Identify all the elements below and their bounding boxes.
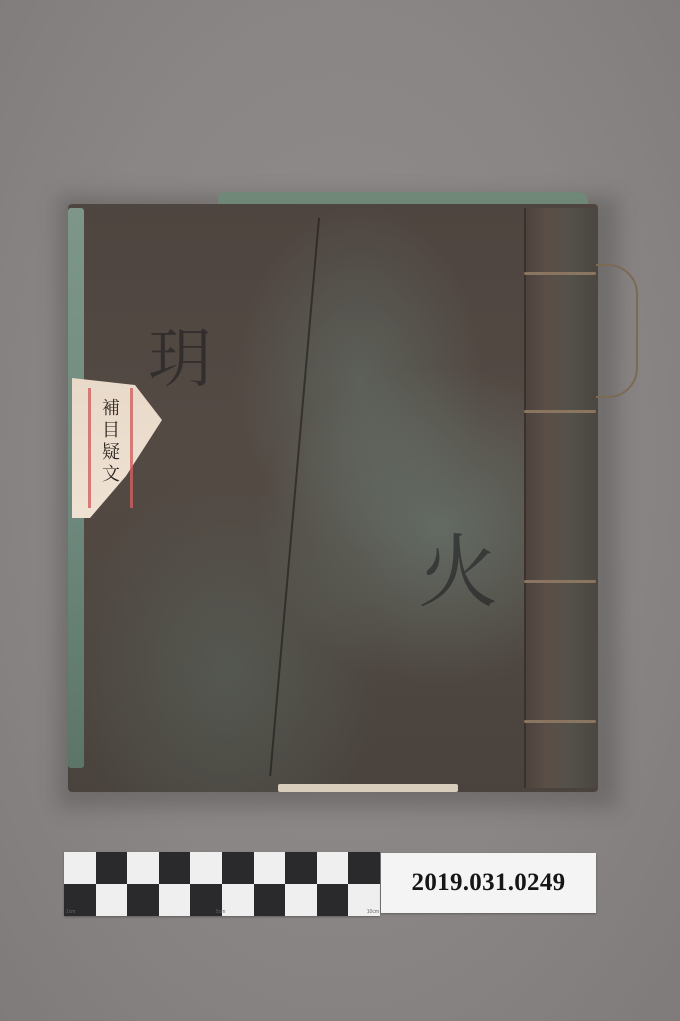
- title-slip-red-line: [130, 388, 133, 508]
- scale-cell: [348, 852, 380, 884]
- title-slip-red-line: [88, 388, 91, 508]
- scale-cell: [254, 852, 286, 884]
- scale-cell: [127, 852, 159, 884]
- scale-tick-label: 5cm: [216, 909, 225, 915]
- scale-cell: [254, 884, 286, 916]
- title-char: 目: [98, 420, 124, 442]
- binding-stitch: [524, 410, 596, 413]
- faded-ink-character: 玥: [148, 308, 212, 400]
- scale-cell: [317, 884, 349, 916]
- book-cover: [68, 204, 598, 792]
- binding-stitch: [524, 580, 596, 583]
- scale-cell: [96, 884, 128, 916]
- title-char: 文: [98, 464, 124, 486]
- book-spine: [524, 208, 598, 788]
- loose-binding-thread: [596, 264, 638, 398]
- scale-cell: [190, 852, 222, 884]
- title-slip-text: 補 目 疑 文: [98, 398, 124, 486]
- scale-cell: [96, 852, 128, 884]
- scale-cell: [285, 852, 317, 884]
- title-char: 補: [98, 398, 124, 420]
- accession-number-label: 2019.031.0249: [381, 853, 596, 913]
- scale-cell: [159, 852, 191, 884]
- scale-cell: [317, 852, 349, 884]
- antique-book: 補 目 疑 文 玥 火: [68, 198, 598, 794]
- scale-cell: 1cm: [64, 884, 96, 916]
- scale-cell: [285, 884, 317, 916]
- accession-number: 2019.031.0249: [412, 869, 566, 897]
- faded-ink-character: 火: [418, 508, 498, 623]
- title-char: 疑: [98, 442, 124, 464]
- scale-cell: [127, 884, 159, 916]
- scale-cell: [159, 884, 191, 916]
- scale-cell: [64, 852, 96, 884]
- scale-cell: 10cm: [348, 884, 380, 916]
- scale-bar: 1cm 5cm 10cm: [64, 852, 380, 916]
- scale-cell: [222, 852, 254, 884]
- photo-stage: 補 目 疑 文 玥 火 1cm 5cm 10cm: [0, 0, 680, 1021]
- scale-cell: 5cm: [222, 884, 254, 916]
- scale-tick-label: 1cm: [66, 909, 75, 915]
- binding-stitch: [524, 720, 596, 723]
- binding-stitch: [524, 272, 596, 275]
- frayed-bottom-edge: [278, 784, 458, 792]
- scale-tick-label: 10cm: [367, 909, 379, 915]
